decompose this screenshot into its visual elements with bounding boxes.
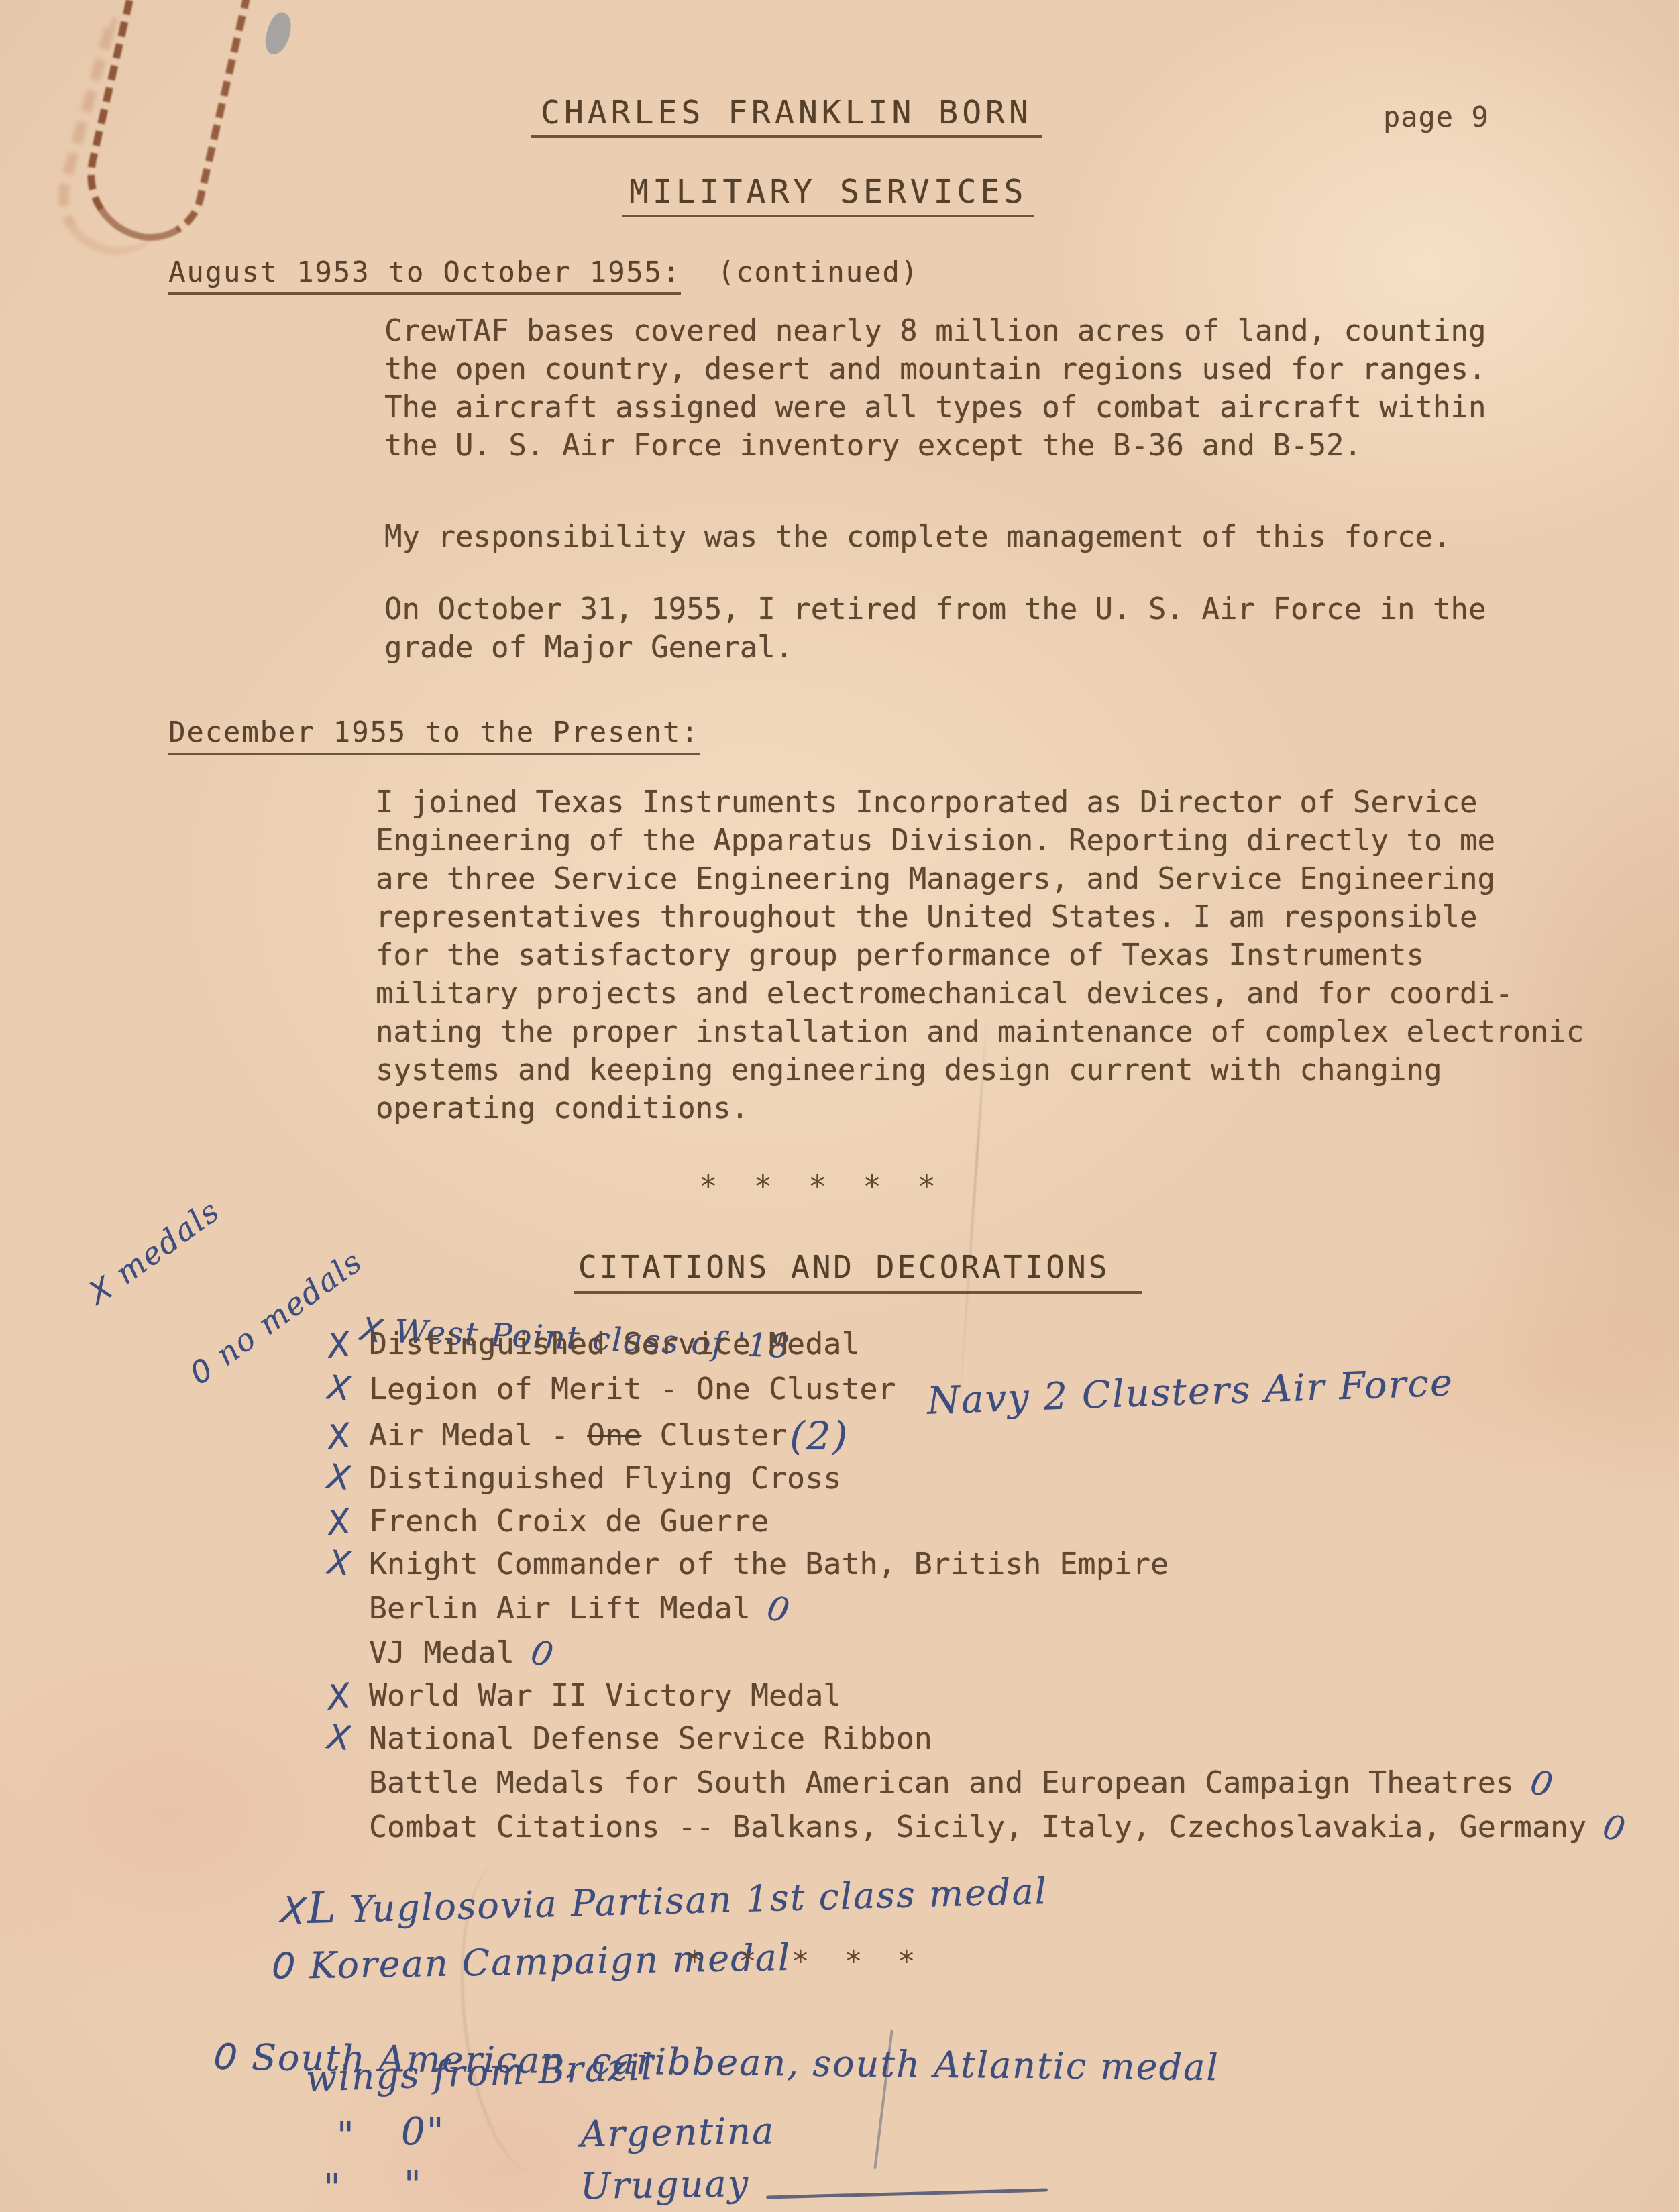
handwritten-zero-mark: 0	[1599, 1805, 1630, 1852]
citation-label: Distinguished Service Medal	[369, 1326, 860, 1362]
citation-row: XDistinguished Service Medal	[327, 1323, 1662, 1366]
handwritten-uruguay-text: Uruguay	[580, 2162, 749, 2207]
handwritten-x-mark: X	[325, 1715, 370, 1761]
citation-row: XKnight Commander of the Bath, British E…	[327, 1543, 1662, 1586]
margin-note-line-1: X medals	[80, 1140, 297, 1313]
ditto-mark: "	[323, 2166, 342, 2210]
citation-row: XWorld War II Victory Medal	[327, 1674, 1662, 1717]
handwritten-x-mark: X	[325, 1671, 371, 1719]
margin-note-text-1: medals	[99, 1192, 226, 1298]
handwritten-argentina-text: Argentina	[580, 2109, 775, 2155]
handwritten-zero-mark: 0	[270, 1944, 299, 1989]
handwritten-zero-mark: 0	[763, 1586, 794, 1633]
citation-label: Legion of Merit - One Cluster	[369, 1371, 896, 1406]
citation-label: World War II Victory Medal	[369, 1677, 841, 1713]
handwritten-zero-mark: 0"	[401, 2110, 445, 2154]
citation-row: VJ Medal0	[327, 1630, 1662, 1674]
paper-chip	[261, 9, 296, 57]
citation-label: Berlin Air Lift Medal	[369, 1590, 751, 1626]
handwritten-x-mark: X	[325, 1497, 371, 1545]
scanned-document-page: { "header": { "title": "CHARLES FRANKLIN…	[0, 0, 1679, 2212]
citation-label: Battle Medals for South American and Eur…	[369, 1765, 1514, 1800]
date-heading-1-text: August 1953 to October 1955:	[168, 256, 681, 295]
date-heading-1: August 1953 to October 1955: (continued)	[156, 243, 919, 288]
handwritten-count-paren: (2)	[790, 1415, 849, 1457]
citation-mark-empty	[327, 1662, 369, 1665]
citation-label: Air Medal - One Cluster	[369, 1417, 787, 1453]
citation-row: Berlin Air Lift Medal0	[327, 1586, 1662, 1630]
handwritten-x-mark: X	[325, 1411, 371, 1459]
section-title: MILITARY SERVICES	[622, 173, 1034, 217]
citation-mark-empty	[327, 1617, 369, 1622]
handwritten-x-mark: X	[325, 1366, 370, 1412]
handwritten-x-mark: X	[325, 1541, 370, 1587]
page-number: page 9	[1383, 101, 1489, 133]
citation-row: XLegion of Merit - One ClusterNavy 2 Clu…	[327, 1366, 1662, 1411]
citations-list: XDistinguished Service MedalXLegion of M…	[327, 1323, 1662, 1848]
asterisk-separator-2: * * * * *	[686, 1945, 924, 1979]
handwritten-zero-mark: 0	[212, 2035, 241, 2080]
paragraph-responsibility: My responsibility was the complete manag…	[384, 518, 1450, 556]
struck-word: One	[587, 1417, 641, 1453]
paragraph-crewtaf: CrewTAF bases covered nearly 8 million a…	[384, 312, 1486, 465]
handwritten-x-mark: X	[325, 1455, 370, 1501]
asterisk-separator-1: * * * * *	[699, 1168, 944, 1205]
paragraph-texas-instruments: I joined Texas Instruments Incorporated …	[376, 783, 1584, 1127]
citation-label: French Croix de Guerre	[369, 1503, 769, 1539]
date-heading-2-text: December 1955 to the Present:	[168, 716, 699, 755]
ditto-mark: "	[337, 2114, 356, 2158]
citation-row: XDistinguished Flying Cross	[327, 1457, 1662, 1500]
handwritten-x-mark: X	[325, 1320, 371, 1368]
citation-row: Battle Medals for South American and Eur…	[327, 1760, 1662, 1804]
citation-row: XFrench Croix de Guerre	[327, 1500, 1662, 1543]
document-title: CHARLES FRANKLIN BORN	[531, 94, 1042, 138]
citation-label: National Defense Service Ribbon	[369, 1720, 932, 1756]
paragraph-retirement: On October 31, 1955, I retired from the …	[384, 590, 1486, 667]
date-heading-1-suffix: (continued)	[681, 256, 919, 288]
handwritten-tail-line	[766, 2189, 1048, 2199]
citation-label: VJ Medal	[369, 1635, 514, 1670]
handwritten-zero-mark: 0	[527, 1630, 558, 1677]
date-heading-2: December 1955 to the Present:	[156, 703, 700, 749]
citation-mark-empty	[327, 1791, 369, 1797]
handwritten-zero-mark: 0	[1527, 1761, 1558, 1808]
ditto-mark: "	[404, 2164, 423, 2207]
citation-row: XNational Defense Service Ribbon	[327, 1717, 1662, 1760]
citation-label: Knight Commander of the Bath, British Em…	[369, 1546, 1169, 1582]
citation-label: Distinguished Flying Cross	[369, 1460, 841, 1496]
